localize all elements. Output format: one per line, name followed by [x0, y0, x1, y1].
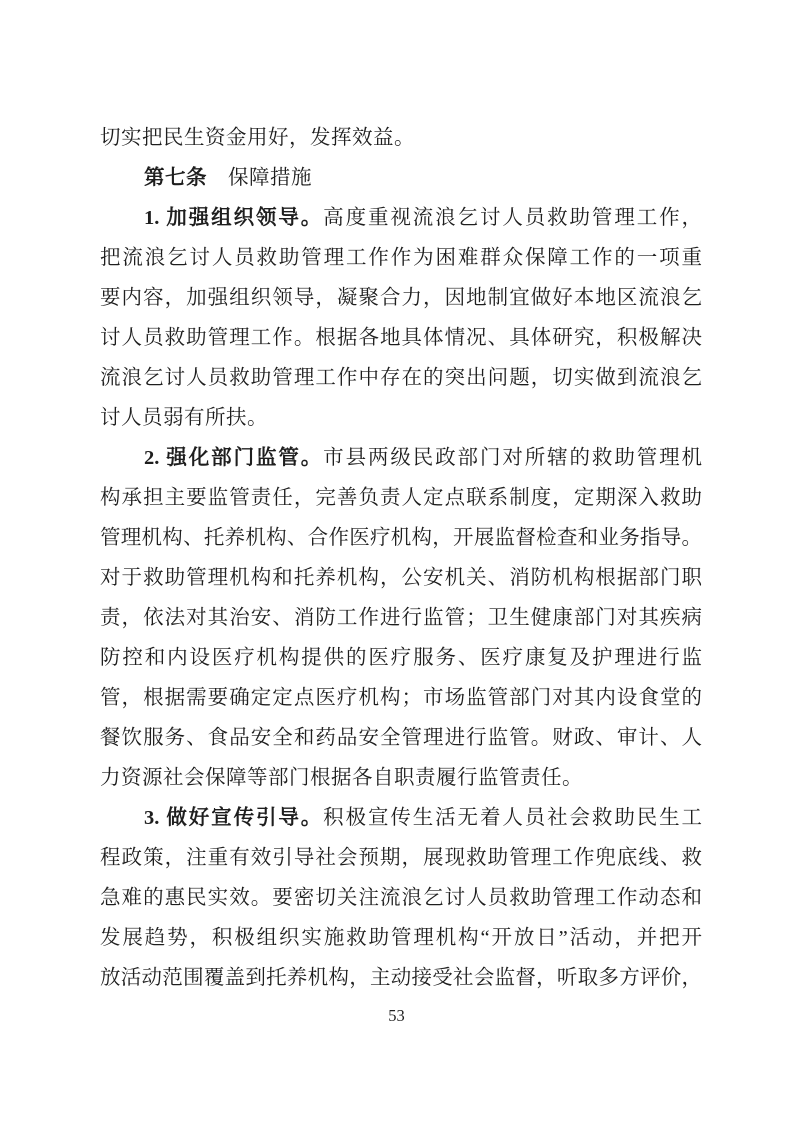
- text-segment: 急难的惠民实效。要密切关注流浪乞讨人员救助管理工作动态和: [100, 887, 702, 909]
- text-line: 把流浪乞讨人员救助管理工作作为困难群众保障工作的一项重: [100, 238, 702, 278]
- text-line: 切实把民生资金用好，发挥效益。: [100, 118, 702, 158]
- text-segment: 管理机构、托养机构、合作医疗机构，开展监督检查和业务指导。: [100, 527, 702, 549]
- text-segment: 对于救助管理机构和托养机构，公安机关、消防机构根据部门职: [100, 567, 702, 589]
- text-segment: 责，依法对其治安、消防工作进行监管；卫生健康部门对其疾病: [100, 607, 702, 629]
- text-line: 管，根据需要确定定点医疗机构；市场监管部门对其内设食堂的: [100, 678, 702, 718]
- text-line: 讨人员弱有所扶。: [100, 398, 702, 438]
- text-block: 切实把民生资金用好，发挥效益。第七条 保障措施1. 加强组织领导。高度重视流浪乞…: [100, 118, 702, 998]
- text-segment: 保障措施: [207, 167, 312, 189]
- text-segment: 力资源社会保障等部门根据各自职责履行监管责任。: [100, 767, 583, 789]
- text-segment: 要内容，加强组织领导，凝聚合力，因地制宜做好本地区流浪乞: [100, 287, 702, 309]
- text-segment: 放活动范围覆盖到托养机构，主动接受社会监督，听取多方评价，: [100, 967, 702, 989]
- heading-segment: 3. 做好宣传引导。: [144, 807, 323, 829]
- text-segment: 构承担主要监管责任，完善负责人定点联系制度，定期深入救助: [100, 487, 702, 509]
- text-line: 讨人员救助管理工作。根据各地具体情况、具体研究，积极解决: [100, 318, 702, 358]
- text-line: 程政策，注重有效引导社会预期，展现救助管理工作兜底线、救: [100, 838, 702, 878]
- text-line: 构承担主要监管责任，完善负责人定点联系制度，定期深入救助: [100, 478, 702, 518]
- heading-segment: 第七条: [144, 167, 207, 189]
- text-line: 3. 做好宣传引导。积极宣传生活无着人员社会救助民生工: [100, 798, 702, 838]
- text-segment: 发展趋势，积极组织实施救助管理机构“开放日”活动，并把开: [100, 927, 702, 949]
- text-line: 放活动范围覆盖到托养机构，主动接受社会监督，听取多方评价，: [100, 958, 702, 998]
- text-line: 防控和内设医疗机构提供的医疗服务、医疗康复及护理进行监: [100, 638, 702, 678]
- page-number: 53: [0, 1004, 793, 1028]
- text-segment: 防控和内设医疗机构提供的医疗服务、医疗康复及护理进行监: [100, 647, 702, 669]
- text-line: 急难的惠民实效。要密切关注流浪乞讨人员救助管理工作动态和: [100, 878, 702, 918]
- text-segment: 讨人员救助管理工作。根据各地具体情况、具体研究，积极解决: [100, 327, 702, 349]
- text-segment: 管，根据需要确定定点医疗机构；市场监管部门对其内设食堂的: [100, 687, 702, 709]
- heading-segment: 2. 强化部门监管。: [144, 447, 323, 469]
- heading-segment: 1. 加强组织领导。: [144, 207, 323, 229]
- text-line: 责，依法对其治安、消防工作进行监管；卫生健康部门对其疾病: [100, 598, 702, 638]
- text-segment: 切实把民生资金用好，发挥效益。: [100, 127, 415, 149]
- text-segment: 积极宣传生活无着人员社会救助民生工: [323, 807, 702, 829]
- text-line: 第七条 保障措施: [100, 158, 702, 198]
- text-segment: 市县两级民政部门对所辖的救助管理机: [323, 447, 702, 469]
- text-line: 发展趋势，积极组织实施救助管理机构“开放日”活动，并把开: [100, 918, 702, 958]
- text-line: 餐饮服务、食品安全和药品安全管理进行监管。财政、审计、人: [100, 718, 702, 758]
- text-segment: 流浪乞讨人员救助管理工作中存在的突出问题，切实做到流浪乞: [100, 367, 702, 389]
- text-segment: 讨人员弱有所扶。: [100, 407, 268, 429]
- text-line: 流浪乞讨人员救助管理工作中存在的突出问题，切实做到流浪乞: [100, 358, 702, 398]
- text-line: 要内容，加强组织领导，凝聚合力，因地制宜做好本地区流浪乞: [100, 278, 702, 318]
- text-segment: 餐饮服务、食品安全和药品安全管理进行监管。财政、审计、人: [100, 727, 702, 749]
- text-segment: 把流浪乞讨人员救助管理工作作为困难群众保障工作的一项重: [100, 247, 702, 269]
- text-line: 2. 强化部门监管。市县两级民政部门对所辖的救助管理机: [100, 438, 702, 478]
- text-segment: 高度重视流浪乞讨人员救助管理工作，: [323, 207, 702, 229]
- text-line: 力资源社会保障等部门根据各自职责履行监管责任。: [100, 758, 702, 798]
- text-line: 对于救助管理机构和托养机构，公安机关、消防机构根据部门职: [100, 558, 702, 598]
- text-segment: 程政策，注重有效引导社会预期，展现救助管理工作兜底线、救: [100, 847, 702, 869]
- document-page: 切实把民生资金用好，发挥效益。第七条 保障措施1. 加强组织领导。高度重视流浪乞…: [0, 0, 793, 1122]
- text-line: 管理机构、托养机构、合作医疗机构，开展监督检查和业务指导。: [100, 518, 702, 558]
- text-line: 1. 加强组织领导。高度重视流浪乞讨人员救助管理工作，: [100, 198, 702, 238]
